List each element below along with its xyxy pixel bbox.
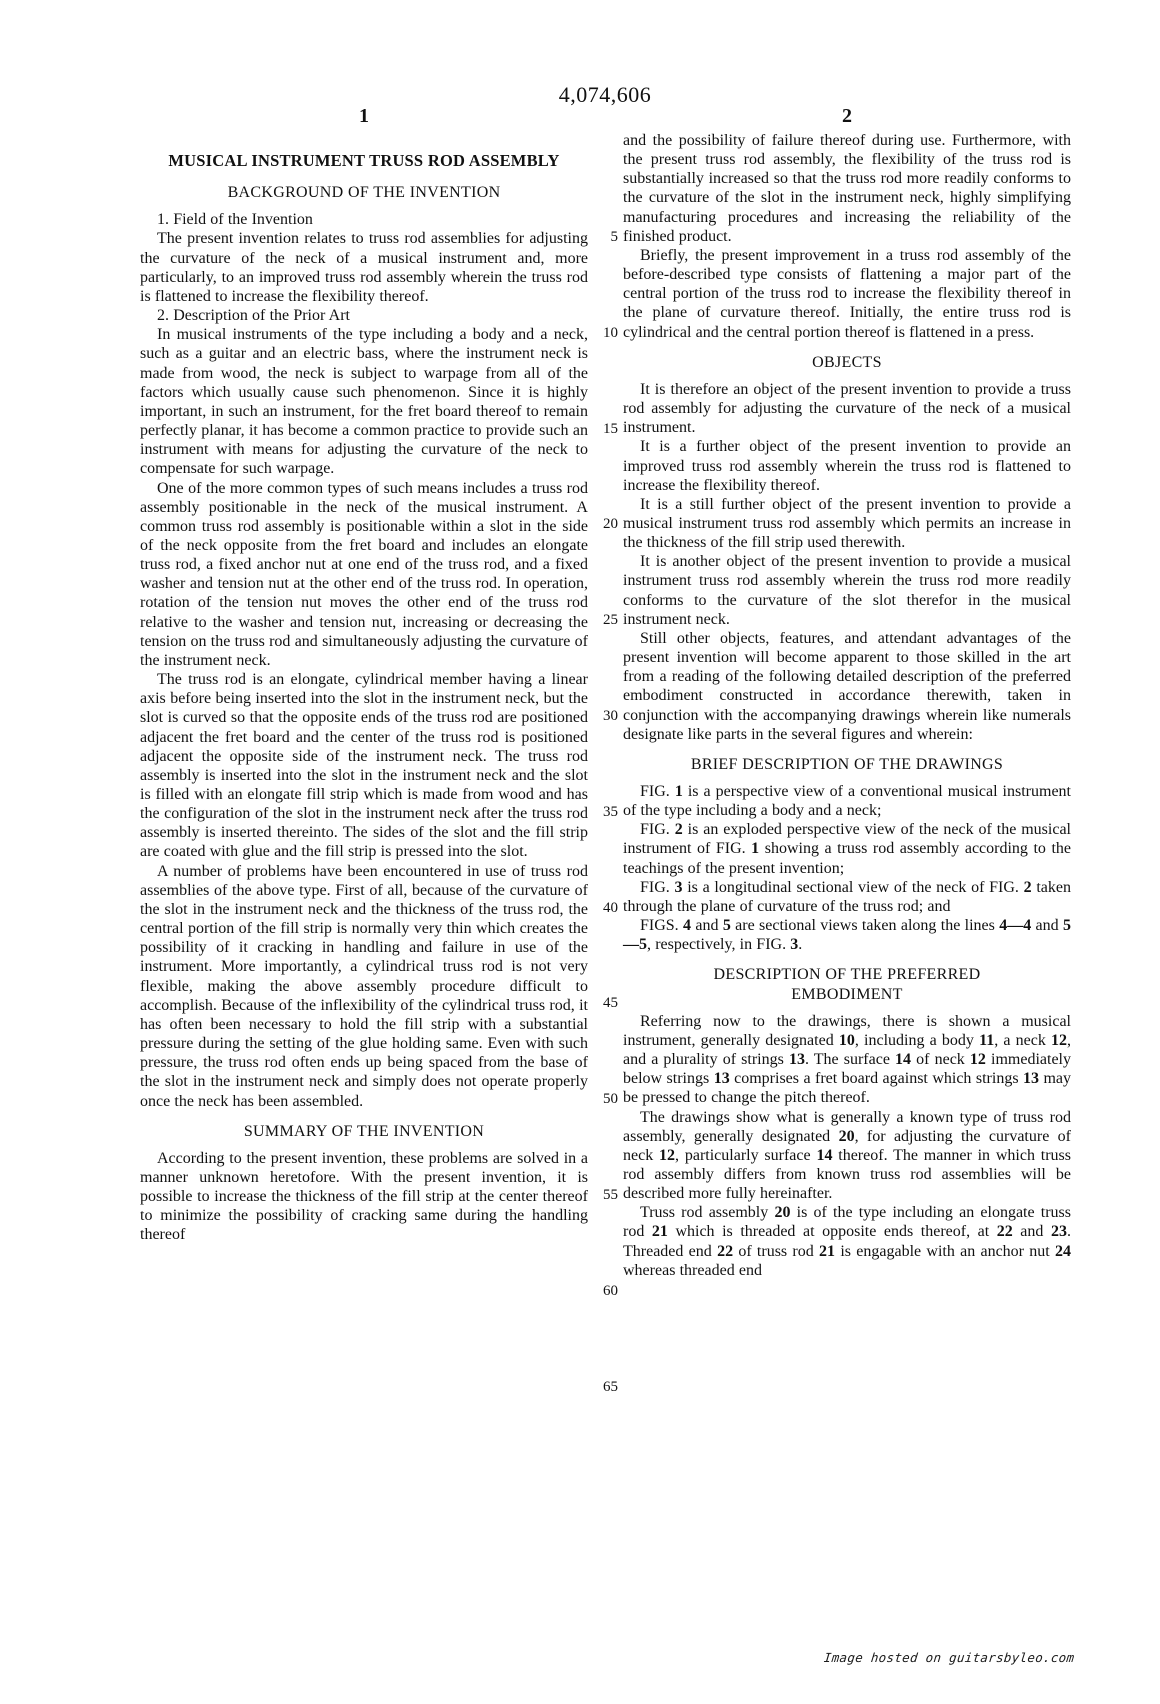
line-number: 60 [584,1282,618,1301]
paragraph: Referring now to the drawings, there is … [623,1012,1071,1108]
left-column: MUSICAL INSTRUMENT TRUSS ROD ASSEMBLYBAC… [140,151,588,1245]
line-number: 5 [584,228,618,247]
section-heading: BRIEF DESCRIPTION OF THE DRAWINGS [623,755,1071,774]
paragraph: FIG. 2 is an exploded perspective view o… [623,820,1071,877]
paragraph: and the possibility of failure thereof d… [623,131,1071,246]
column-number-right: 2 [623,105,1071,128]
paragraph: Briefly, the present improvement in a tr… [623,246,1071,342]
paragraph: 1. Field of the Invention [140,210,588,229]
paragraph: It is another object of the present inve… [623,552,1071,629]
paragraph: It is a still further object of the pres… [623,495,1071,552]
paragraph: It is therefore an object of the present… [623,380,1071,437]
line-number: 30 [584,707,618,726]
paragraph: Truss rod assembly 20 is of the type inc… [623,1203,1071,1280]
footer-credit: Image hosted on guitarsbyleo.com [823,1650,1075,1665]
paragraph: 2. Description of the Prior Art [140,306,588,325]
paragraph: One of the more common types of such mea… [140,479,588,671]
line-number: 35 [584,803,618,822]
paragraph: According to the present invention, thes… [140,1149,588,1245]
line-number: 50 [584,1090,618,1109]
line-number: 15 [584,420,618,439]
paragraph: The drawings show what is generally a kn… [623,1108,1071,1204]
paragraph: FIG. 1 is a perspective view of a conven… [623,782,1071,820]
paragraph: The present invention relates to truss r… [140,229,588,306]
paragraph: FIGS. 4 and 5 are sectional views taken … [623,916,1071,954]
line-number: 20 [584,515,618,534]
line-number: 45 [584,994,618,1013]
paragraph: In musical instruments of the type inclu… [140,325,588,478]
right-column: and the possibility of failure thereof d… [623,131,1071,1280]
section-heading: BACKGROUND OF THE INVENTION [140,183,588,202]
paragraph: A number of problems have been encounter… [140,862,588,1111]
gutter-line-numbers: 5101520253035404550556065 [584,228,618,1468]
line-number: 40 [584,899,618,918]
column-number-left: 1 [140,105,588,128]
line-number: 10 [584,324,618,343]
section-heading: DESCRIPTION OF THE PREFERREDEMBODIMENT [623,965,1071,1003]
paragraph: The truss rod is an elongate, cylindrica… [140,670,588,862]
line-number: 65 [584,1378,618,1397]
section-heading: SUMMARY OF THE INVENTION [140,1122,588,1141]
paragraph: Still other objects, features, and atten… [623,629,1071,744]
line-number: 55 [584,1186,618,1205]
line-number: 25 [584,611,618,630]
section-heading: OBJECTS [623,353,1071,372]
paragraph: It is a further object of the present in… [623,437,1071,494]
paragraph: FIG. 3 is a longitudinal sectional view … [623,878,1071,916]
document-title: MUSICAL INSTRUMENT TRUSS ROD ASSEMBLY [140,151,588,170]
